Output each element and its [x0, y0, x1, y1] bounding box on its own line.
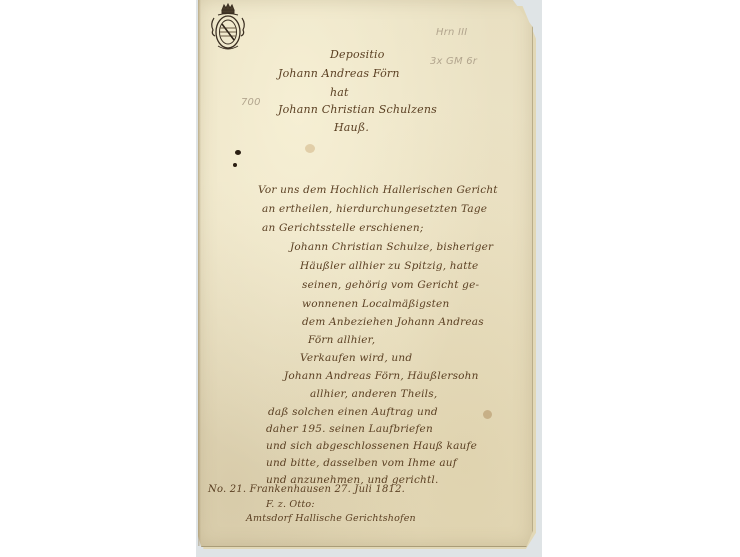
- body-line: Johann Andreas Förn, Häußlersohn: [284, 370, 479, 382]
- pencil-note-margin: 700: [241, 97, 261, 108]
- ink-blot: [235, 150, 241, 155]
- body-line: allhier, anderen Theils,: [310, 388, 437, 400]
- body-line: seinen, gehörig vom Gericht ge-: [302, 279, 479, 291]
- body-line: wonnenen Localmäßigsten: [302, 298, 449, 310]
- title-line-1: Depositio: [330, 48, 385, 61]
- footer-line-1: No. 21. Frankenhausen 27. Juli 1812.: [208, 484, 405, 495]
- ink-blot: [233, 163, 237, 167]
- body-line: Häußler allhier zu Spitzig, hatte: [300, 260, 478, 272]
- body-line: Verkaufen wird, und: [300, 352, 412, 364]
- paper-stain: [305, 144, 315, 153]
- title-line-2: Johann Andreas Förn: [278, 67, 400, 80]
- body-line: daß solchen einen Auftrag und: [268, 406, 438, 418]
- pencil-note-archive-number: Hrn III: [436, 27, 467, 38]
- footer-line-3: Amtsdorf Hallische Gerichtshofen: [246, 513, 416, 524]
- body-line: an Gerichtsstelle erschienen;: [262, 222, 424, 234]
- paper-stain: [483, 410, 492, 419]
- title-line-5: Hauß.: [334, 121, 369, 134]
- coat-of-arms-icon: [208, 2, 248, 54]
- body-line: Förn allhier,: [308, 334, 375, 346]
- body-line: und bitte, dasselben vom Ihme auf: [266, 457, 457, 469]
- body-line: an ertheilen, hierdurchungesetzten Tage: [262, 203, 487, 215]
- pencil-note-reference: 3x GM 6r: [430, 56, 477, 67]
- body-line: Johann Christian Schulze, bisheriger: [290, 241, 493, 253]
- body-line: daher 195. seinen Laufbriefen: [266, 423, 433, 435]
- footer-line-2: F. z. Otto:: [266, 499, 315, 510]
- body-line: dem Anbeziehen Johann Andreas: [302, 316, 484, 328]
- title-line-4: Johann Christian Schulzens: [278, 103, 437, 116]
- page-edge-shadow: [198, 0, 201, 546]
- body-line: und sich abgeschlossenen Hauß kaufe: [266, 440, 477, 452]
- body-line: Vor uns dem Hochlich Hallerischen Gerich…: [258, 184, 498, 196]
- title-line-3: hat: [330, 86, 349, 99]
